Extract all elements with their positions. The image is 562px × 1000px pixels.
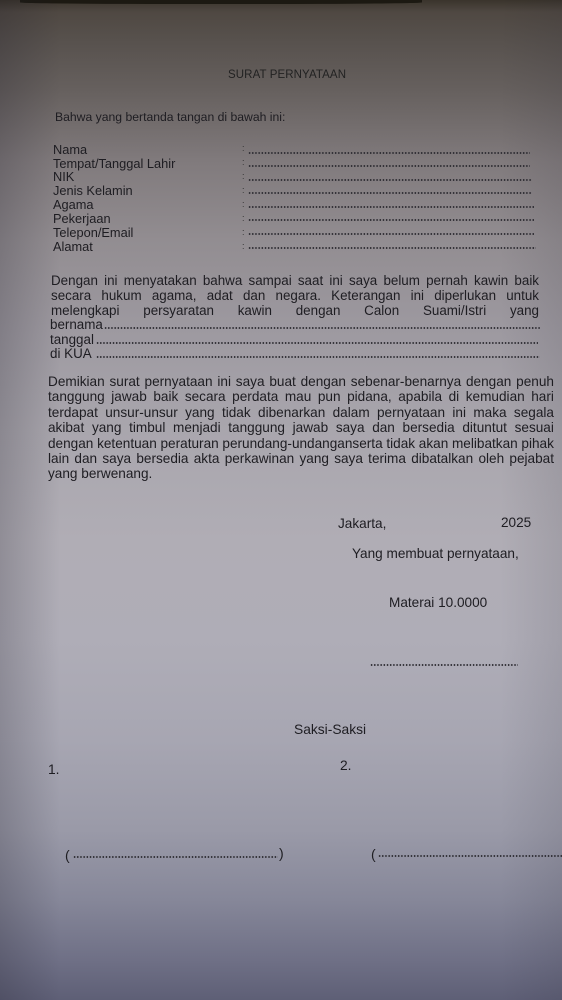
signer-label: Yang membuat pernyataan,	[352, 547, 519, 561]
word: yang	[299, 451, 328, 466]
witness-1-number: 1.	[48, 763, 60, 777]
declaration-line: akibatyangtimbulmenjaditanggungjawabsaya…	[48, 420, 554, 435]
word: timbul	[129, 420, 165, 435]
signature-city: Jakarta,	[338, 517, 386, 531]
word: bersedia	[403, 420, 455, 435]
word: apabila	[398, 389, 442, 404]
word: hari	[531, 389, 554, 404]
word: dan	[74, 451, 97, 466]
declaration-line: terdapatunsur-unsuryangtidakdibenarkanda…	[48, 405, 554, 420]
kua-fill-line[interactable]	[96, 356, 540, 358]
tanggal-label: tanggal	[50, 332, 94, 347]
field-fill-line-alamat[interactable]	[248, 247, 536, 249]
field-label-nik: NIK	[53, 170, 74, 184]
word: kemudian	[466, 389, 525, 404]
word: tanggung	[48, 389, 105, 404]
statement-line: Dengan ini menyatakan bahwa sampai saat …	[51, 274, 539, 289]
signature-year: 2025	[501, 516, 531, 530]
word: oleh	[478, 451, 504, 466]
word: pejabat	[509, 451, 554, 466]
field-label-agama: Agama	[53, 198, 94, 212]
field-colon: :	[242, 143, 245, 153]
intro-text: Bahwa yang bertanda tangan di bawah ini:	[55, 110, 285, 124]
field-fill-line-nik[interactable]	[248, 179, 532, 181]
field-label-telepon: Telepon/Email	[53, 226, 133, 240]
field-fill-line-nama[interactable]	[248, 152, 530, 154]
word: dengan	[466, 374, 511, 389]
word: segala	[514, 405, 554, 420]
field-fill-line-agama[interactable]	[248, 206, 534, 208]
kua-label: di KUA	[50, 346, 92, 361]
witness-2-signature-line[interactable]	[378, 855, 562, 857]
word: di	[449, 389, 460, 404]
word: jawab	[293, 420, 329, 435]
word: surat	[109, 374, 139, 389]
field-label-nama: Nama	[53, 143, 87, 157]
declaration-line: tanggungjawabbaiksecaraperdatamaupunpida…	[48, 389, 554, 404]
witness-1-signature-line[interactable]	[73, 856, 278, 858]
word: akta	[194, 451, 220, 466]
word: dibatalkan	[411, 451, 473, 466]
witness-1-open-paren: (	[65, 848, 70, 862]
word: akibat	[48, 420, 84, 435]
word: jawab	[111, 389, 147, 404]
field-colon: :	[242, 157, 245, 167]
statement-paragraph: Dengan ini menyatakan bahwa sampai saat …	[51, 274, 539, 318]
word: dituntut	[462, 420, 507, 435]
field-fill-line-ttl[interactable]	[248, 165, 530, 167]
word: secara	[185, 389, 226, 404]
field-colon: :	[242, 213, 245, 223]
signer-signature-line[interactable]	[370, 664, 518, 666]
word: bersedia	[136, 451, 188, 466]
word: ini	[217, 374, 231, 389]
word: pernyataan	[145, 374, 213, 389]
word: dengan	[48, 436, 93, 451]
word: yang	[92, 420, 121, 435]
field-label-jenis-kelamin: Jenis Kelamin	[53, 184, 133, 198]
word: perkawinan	[225, 451, 295, 466]
witness-2-number: 2.	[340, 759, 352, 773]
word: mau	[285, 389, 311, 404]
word: saya	[236, 374, 265, 389]
field-colon: :	[242, 199, 245, 209]
field-colon: :	[242, 241, 245, 251]
field-fill-line-pekerjaan[interactable]	[248, 219, 534, 221]
word: pernyataan	[377, 405, 445, 420]
word: terima	[368, 451, 406, 466]
word: saya	[334, 451, 363, 466]
field-fill-line-jenis-kelamin[interactable]	[248, 192, 532, 194]
statement-line: melengkapi persyaratan kawin dengan Calo…	[51, 304, 539, 319]
declaration-line: Demikiansuratpernyataaninisayabuatdengan…	[48, 374, 554, 389]
field-colon: :	[242, 171, 245, 181]
bernama-fill-line[interactable]	[104, 327, 540, 329]
word: saya	[336, 420, 365, 435]
field-colon: :	[242, 227, 245, 237]
declaration-paragraph: Demikiansuratpernyataaninisayabuatdengan…	[48, 374, 554, 482]
word: tanggung	[228, 420, 285, 435]
word: melibatkan	[452, 436, 518, 451]
word: ini	[452, 405, 466, 420]
field-label-pekerjaan: Pekerjaan	[53, 212, 111, 226]
declaration-line: laindansayabersediaaktaperkawinanyangsay…	[48, 451, 554, 466]
witnesses-heading: Saksi-Saksi	[294, 723, 366, 737]
word: buat	[269, 374, 295, 389]
word: yang	[185, 405, 214, 420]
witness-2-open-paren: (	[371, 847, 376, 861]
word: dalam	[333, 405, 370, 420]
word: pihak	[521, 436, 554, 451]
word: perdata	[232, 389, 278, 404]
word: tidak	[222, 405, 251, 420]
field-colon: :	[242, 185, 245, 195]
field-fill-line-telepon[interactable]	[248, 233, 534, 235]
word: dengan	[301, 374, 346, 389]
word: akan	[419, 436, 448, 451]
bernama-label: bernama	[50, 317, 103, 332]
stamp-label: Materai 10.0000	[389, 596, 487, 610]
word: unsur-unsur	[105, 405, 178, 420]
word: pidana,	[347, 389, 392, 404]
word: lain	[48, 451, 69, 466]
paper-top-edge	[20, 0, 422, 4]
word: maka	[473, 405, 506, 420]
statement-line: secara hukum agama, adat dan negara. Ket…	[51, 289, 539, 304]
word: sesuai	[515, 420, 554, 435]
word: ketentuan	[97, 436, 157, 451]
word: baik	[153, 389, 178, 404]
word: pun	[318, 389, 341, 404]
word: penuh	[516, 374, 554, 389]
word: peraturan	[161, 436, 219, 451]
word: tidak	[386, 436, 415, 451]
tanggal-fill-line[interactable]	[96, 342, 538, 344]
word: menjadi	[173, 420, 221, 435]
word: sebenar-benarnya	[351, 374, 461, 389]
word: perundang-undanganserta	[222, 436, 382, 451]
word: dibenarkan	[258, 405, 325, 420]
word: Demikian	[48, 374, 105, 389]
word: dan	[372, 420, 395, 435]
document-title: SURAT PERNYATAAN	[228, 68, 346, 82]
word: saya	[102, 451, 131, 466]
witness-1-close-paren: )	[279, 846, 284, 860]
declaration-line: yang berwenang.	[48, 466, 554, 481]
field-label-alamat: Alamat	[53, 240, 93, 254]
declaration-line: denganketentuanperaturanperundang-undang…	[48, 436, 554, 451]
word: terdapat	[48, 405, 98, 420]
